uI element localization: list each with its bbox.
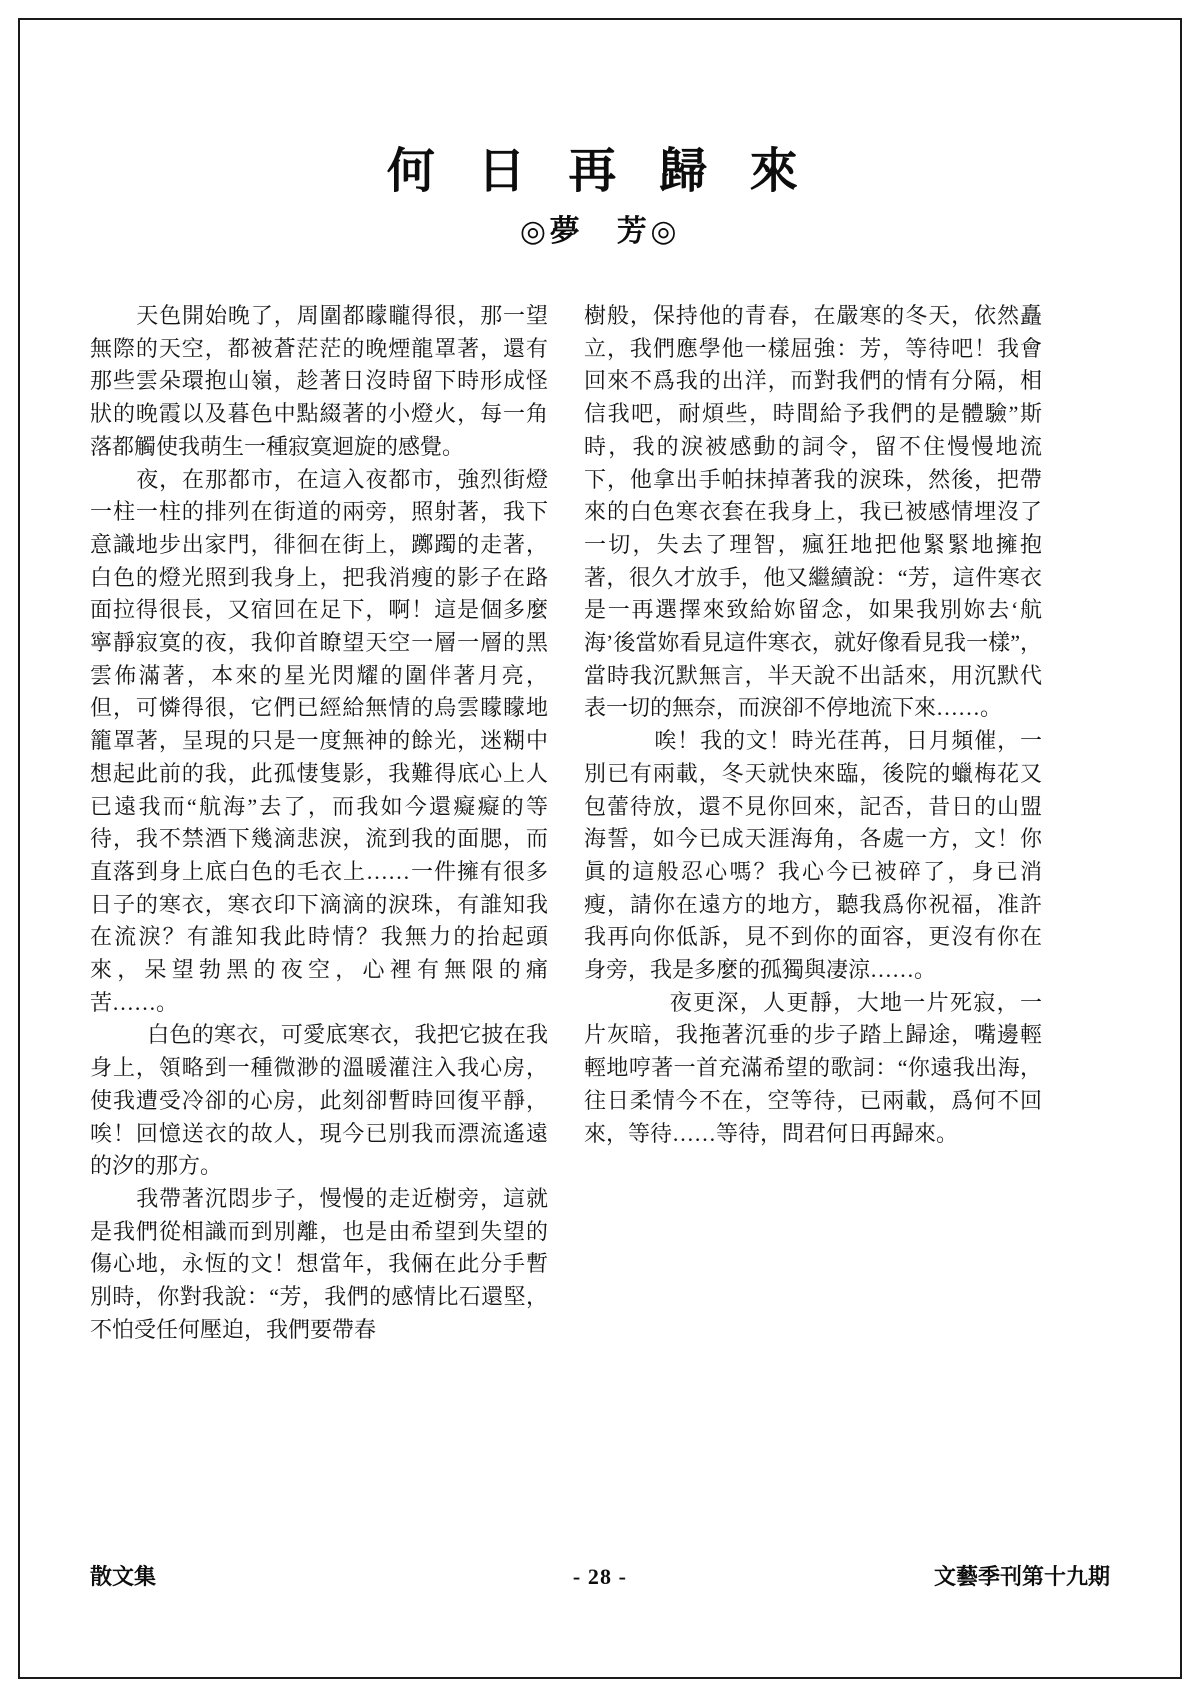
right-column: 樹般，保持他的青春，在嚴寒的冬天，依然矗立，我們應學他一樣屈強：芳，等待吧！我會…: [584, 300, 1042, 1347]
paragraph-4: 我帶著沉悶步子，慢慢的走近樹旁，這就是我們從相識而到別離，也是由希望到失望的傷心…: [90, 1183, 548, 1347]
footer-section-name: 散文集: [90, 1560, 430, 1591]
paragraph-3: 白色的寒衣，可愛底寒衣，我把它披在我身上，領略到一種微渺的溫暖灌注入我心房，使我…: [90, 1019, 548, 1183]
footer-publication-name: 文藝季刊第十九期: [770, 1560, 1110, 1591]
footer-page-number: - 28 -: [430, 1564, 770, 1590]
paragraph-2: 夜，在那都市，在這入夜都市，強烈街燈一柱一柱的排列在街道的兩旁，照射著，我下意識…: [90, 464, 548, 1020]
paragraph-4-continued: 樹般，保持他的青春，在嚴寒的冬天，依然矗立，我們應學他一樣屈強：芳，等待吧！我會…: [584, 300, 1042, 725]
page-footer: 散文集 - 28 - 文藝季刊第十九期: [90, 1560, 1110, 1591]
essay-body: 天色開始晚了，周圍都矇矓得很，那一望無際的天空，都被蒼茫茫的晚煙龍罩著，還有那些…: [90, 300, 1042, 1347]
essay-author: ◎夢 芳◎: [0, 206, 1200, 250]
paragraph-1: 天色開始晚了，周圍都矇矓得很，那一望無際的天空，都被蒼茫茫的晚煙龍罩著，還有那些…: [90, 300, 548, 464]
paragraph-5: 唉！我的文！時光荏苒，日月頻催，一別已有兩載，冬天就快來臨，後院的蠟梅花又包蕾待…: [584, 725, 1042, 987]
left-column: 天色開始晚了，周圍都矇矓得很，那一望無際的天空，都被蒼茫茫的晚煙龍罩著，還有那些…: [90, 300, 548, 1347]
paragraph-6: 夜更深，人更靜，大地一片死寂，一片灰暗，我拖著沉垂的步子踏上歸途，嘴邊輕輕地哼著…: [584, 987, 1042, 1151]
essay-title: 何 日 再 歸 來: [0, 132, 1200, 201]
